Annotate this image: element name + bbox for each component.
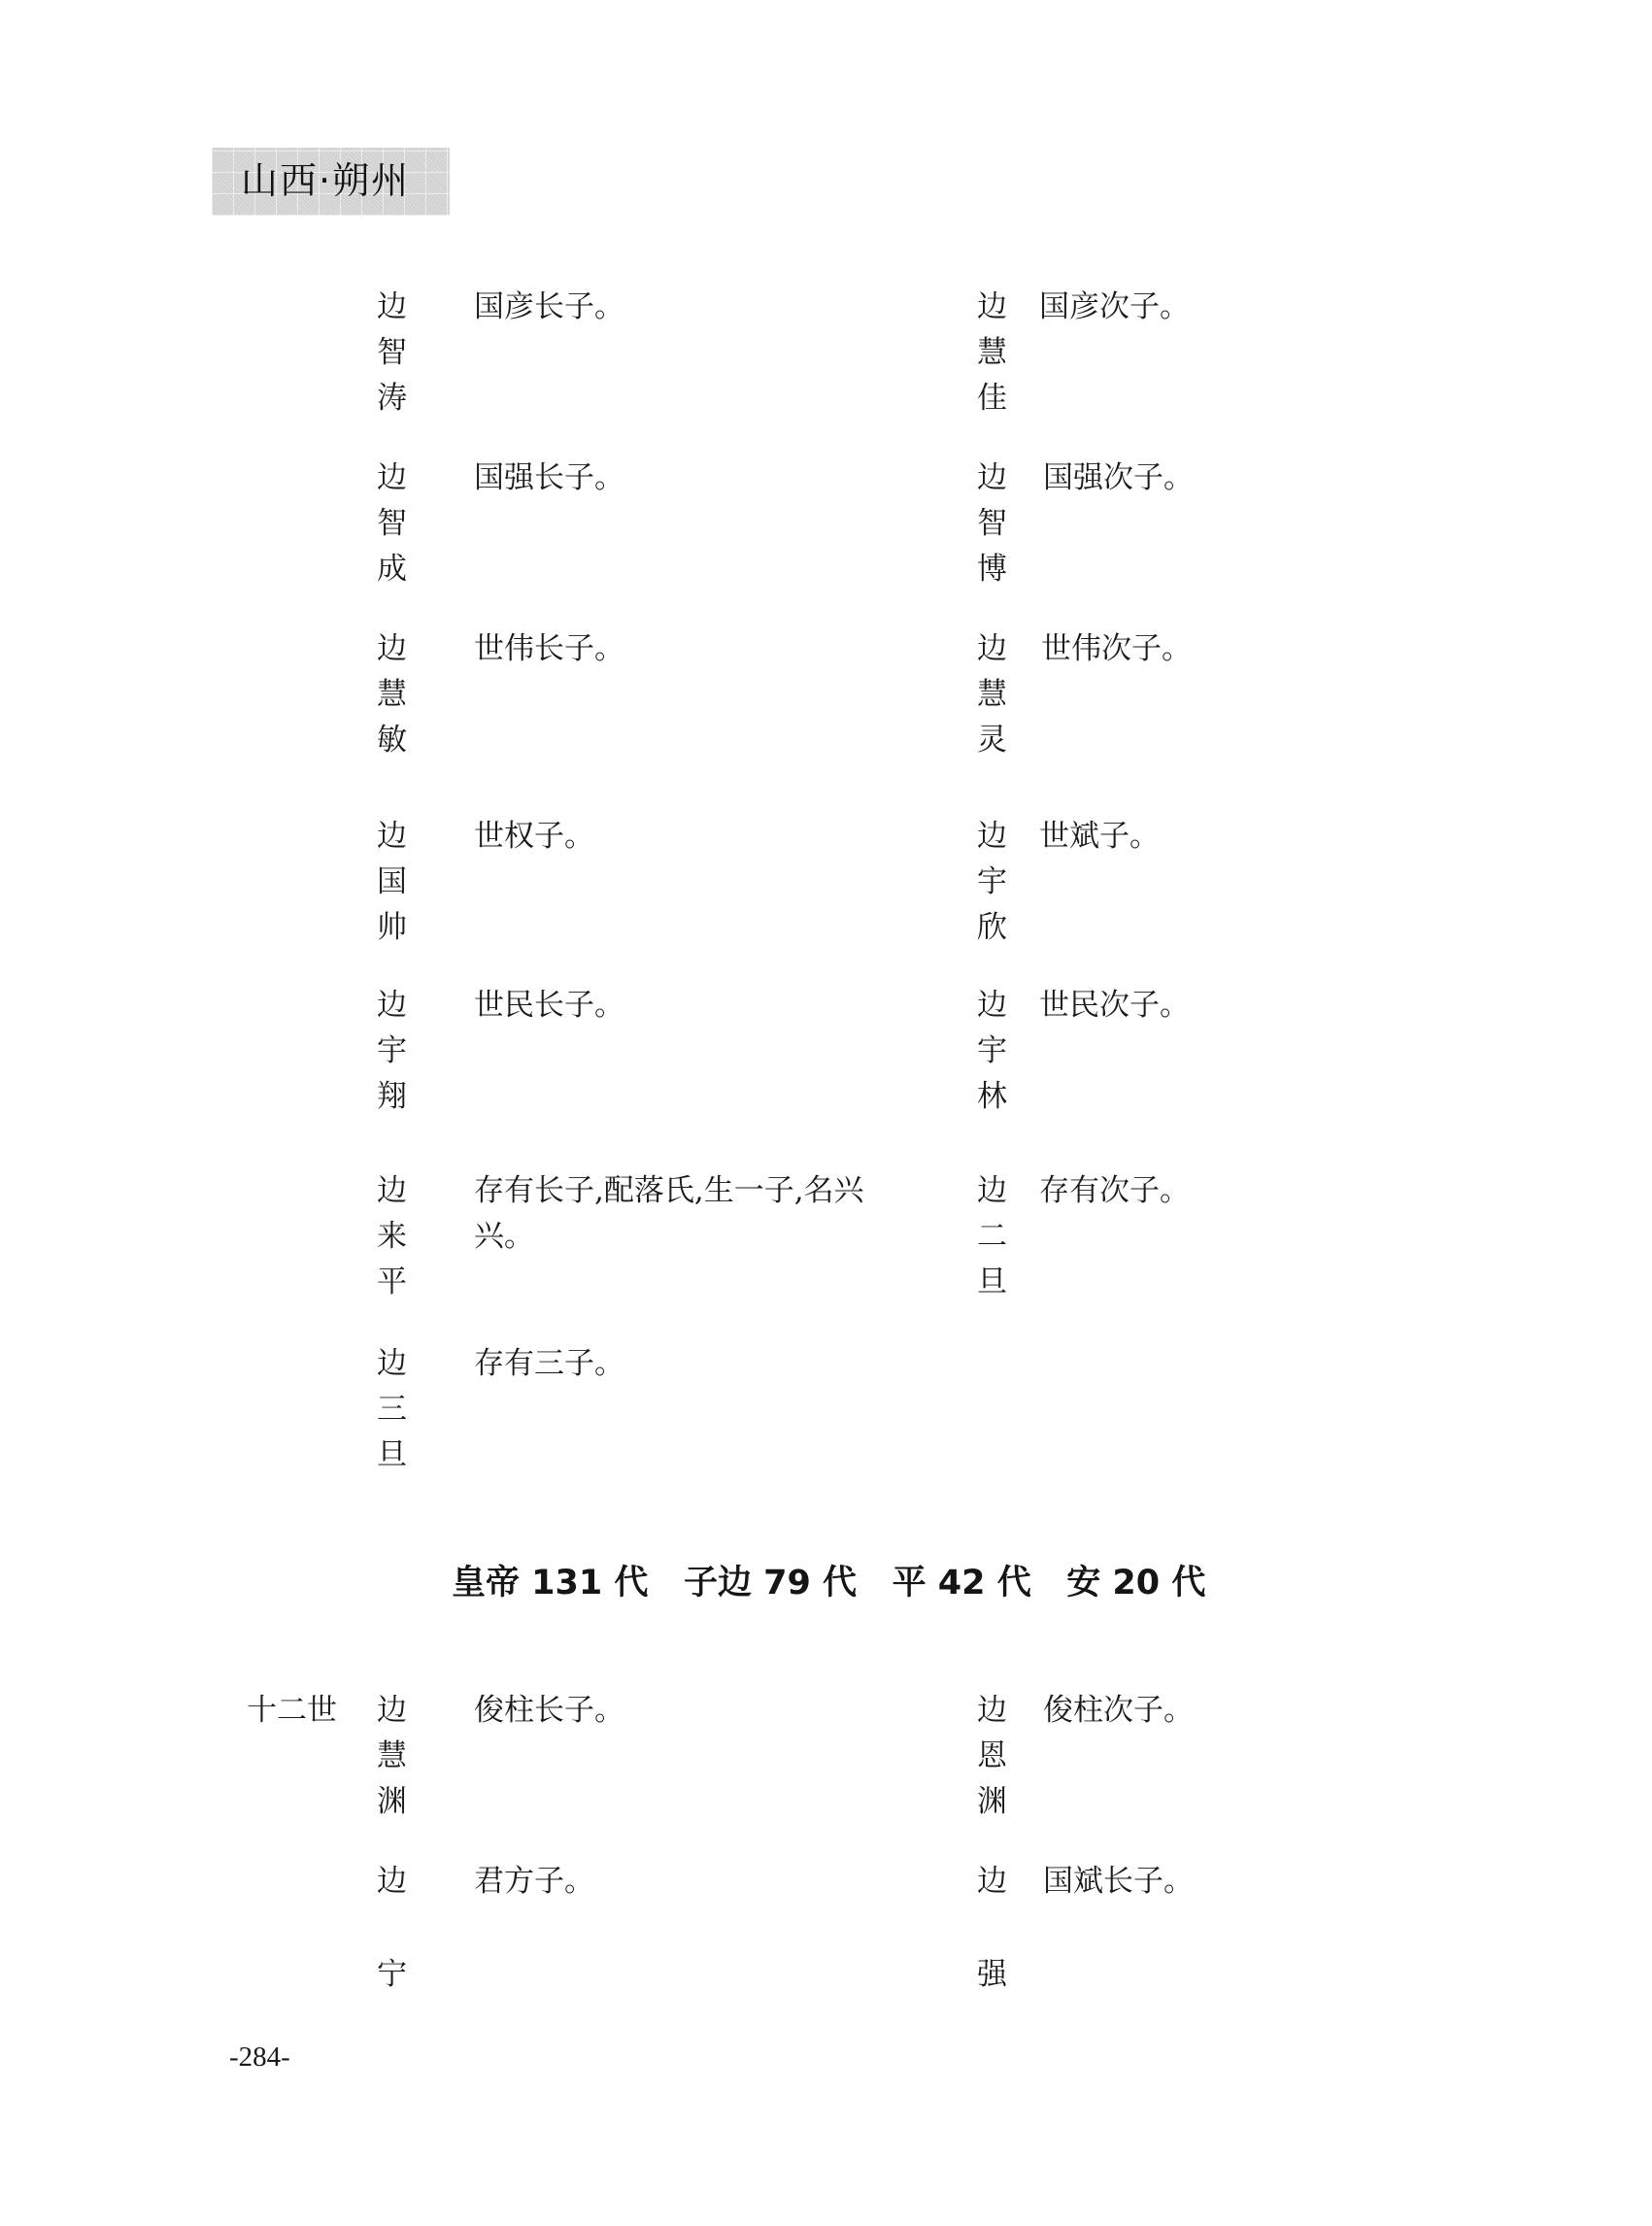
- person-description: 世权子。: [474, 814, 911, 860]
- person-name: 边 慧 灵: [977, 626, 1012, 763]
- person-description: 俊柱次子。: [1043, 1688, 1451, 1734]
- person-description: 存有长子,配落氏,生一子,名兴兴。: [474, 1168, 901, 1260]
- person-description: 世民次子。: [1039, 983, 1447, 1029]
- running-header-title: 山西·朔州: [241, 155, 410, 206]
- person-name: 边 三 旦: [377, 1341, 412, 1478]
- person-name: 边 宇 林: [977, 983, 1012, 1120]
- person-name: 边 宇 欣: [977, 814, 1012, 951]
- person-name: 边 恩 渊: [977, 1688, 1012, 1825]
- person-name: 边 慧 敏: [377, 626, 412, 763]
- person-name: 边 慧 佳: [977, 285, 1012, 422]
- person-name: 边 宁: [377, 1859, 412, 2045]
- person-description: 世伟次子。: [1041, 626, 1449, 672]
- person-description: 国斌长子。: [1043, 1859, 1451, 1905]
- person-description: 国强长子。: [474, 455, 911, 501]
- person-description: 国彦次子。: [1039, 285, 1447, 330]
- person-description: 世民长子。: [474, 983, 911, 1029]
- person-description: 世伟长子。: [474, 626, 911, 672]
- page-number: -284-: [229, 2040, 290, 2074]
- person-description: 世斌子。: [1039, 814, 1447, 860]
- person-description: 俊柱长子。: [474, 1688, 911, 1734]
- person-name: 边 强: [977, 1859, 1012, 2045]
- person-name: 边 宇 翔: [377, 983, 412, 1120]
- generation-label: 十二世: [247, 1688, 337, 1734]
- person-name: 边 智 博: [977, 455, 1012, 592]
- person-name: 边 智 成: [377, 455, 412, 592]
- person-name: 边 二 旦: [977, 1168, 1012, 1305]
- section-heading: 皇帝 131 代 子边 79 代 平 42 代 安 20 代: [452, 1558, 1209, 1608]
- person-name: 边 智 涛: [377, 285, 412, 422]
- person-description: 国彦长子。: [474, 285, 911, 330]
- person-description: 国强次子。: [1043, 455, 1451, 501]
- person-description: 存有次子。: [1039, 1168, 1447, 1214]
- person-name: 边 国 帅: [377, 814, 412, 951]
- person-description: 存有三子。: [474, 1341, 911, 1387]
- person-name: 边 来 平: [377, 1168, 412, 1305]
- person-description: 君方子。: [474, 1859, 911, 1905]
- person-name: 边 慧 渊: [377, 1688, 412, 1825]
